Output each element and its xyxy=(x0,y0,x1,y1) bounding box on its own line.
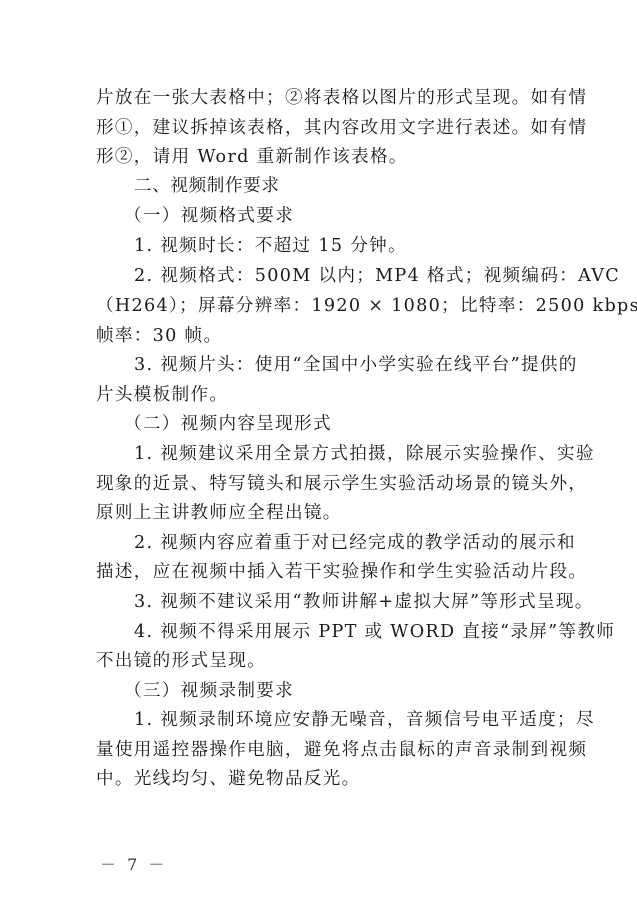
text-line: （H264）；屏幕分辨率：1920 × 1080；比特率：2500 kbps； xyxy=(96,295,538,317)
text-line: 3. 视频不建议采用“教师讲解+虚拟大屏”等形式呈现。 xyxy=(134,591,538,613)
text-line: 量使用遥控器操作电脑，避免将点击鼠标的声音录制到视频 xyxy=(96,739,538,761)
text-line: 中。光线均匀、避免物品反光。 xyxy=(96,768,538,790)
text-line: 1. 视频时长：不超过 15 分钟。 xyxy=(134,235,538,257)
text-line: 4. 视频不得采用展示 PPT 或 WORD 直接“录屏”等教师 xyxy=(134,621,538,643)
text-line: 1. 视频建议采用全景方式拍摄，除展示实验操作、实验 xyxy=(134,443,538,465)
text-line: 原则上主讲教师应全程出镜。 xyxy=(96,502,538,524)
text-line: 形①，建议拆掉该表格，其内容改用文字进行表述。如有情 xyxy=(96,117,538,139)
section-heading: 二、视频制作要求 xyxy=(134,175,538,197)
text-line: 形②，请用 Word 重新制作该表格。 xyxy=(96,146,538,168)
subsection-heading: （二）视频内容呈现形式 xyxy=(124,413,528,435)
document-page: 片放在一张大表格中；②将表格以图片的形式呈现。如有情形①，建议拆掉该表格，其内容… xyxy=(0,0,637,900)
text-line: 不出镜的形式呈现。 xyxy=(96,650,538,672)
text-line: 片放在一张大表格中；②将表格以图片的形式呈现。如有情 xyxy=(96,87,538,109)
text-line: 片头模板制作。 xyxy=(96,384,538,406)
text-line: 2. 视频格式：500M 以内；MP4 格式；视频编码：AVC xyxy=(134,265,538,287)
text-line: 帧率：30 帧。 xyxy=(96,325,538,347)
text-line: 2. 视频内容应着重于对已经完成的教学活动的展示和 xyxy=(134,532,538,554)
text-line: 描述，应在视频中插入若干实验操作和学生实验活动片段。 xyxy=(96,561,538,583)
page-number: － 7 － xyxy=(100,852,167,875)
text-line: 3. 视频片头：使用“全国中小学实验在线平台”提供的 xyxy=(134,354,538,376)
subsection-heading: （三）视频录制要求 xyxy=(124,680,528,702)
text-line: 现象的近景、特写镜头和展示学生实验活动场景的镜头外， xyxy=(96,473,538,495)
text-line: 1. 视频录制环境应安静无噪音，音频信号电平适度；尽 xyxy=(134,709,538,731)
subsection-heading: （一）视频格式要求 xyxy=(124,205,528,227)
